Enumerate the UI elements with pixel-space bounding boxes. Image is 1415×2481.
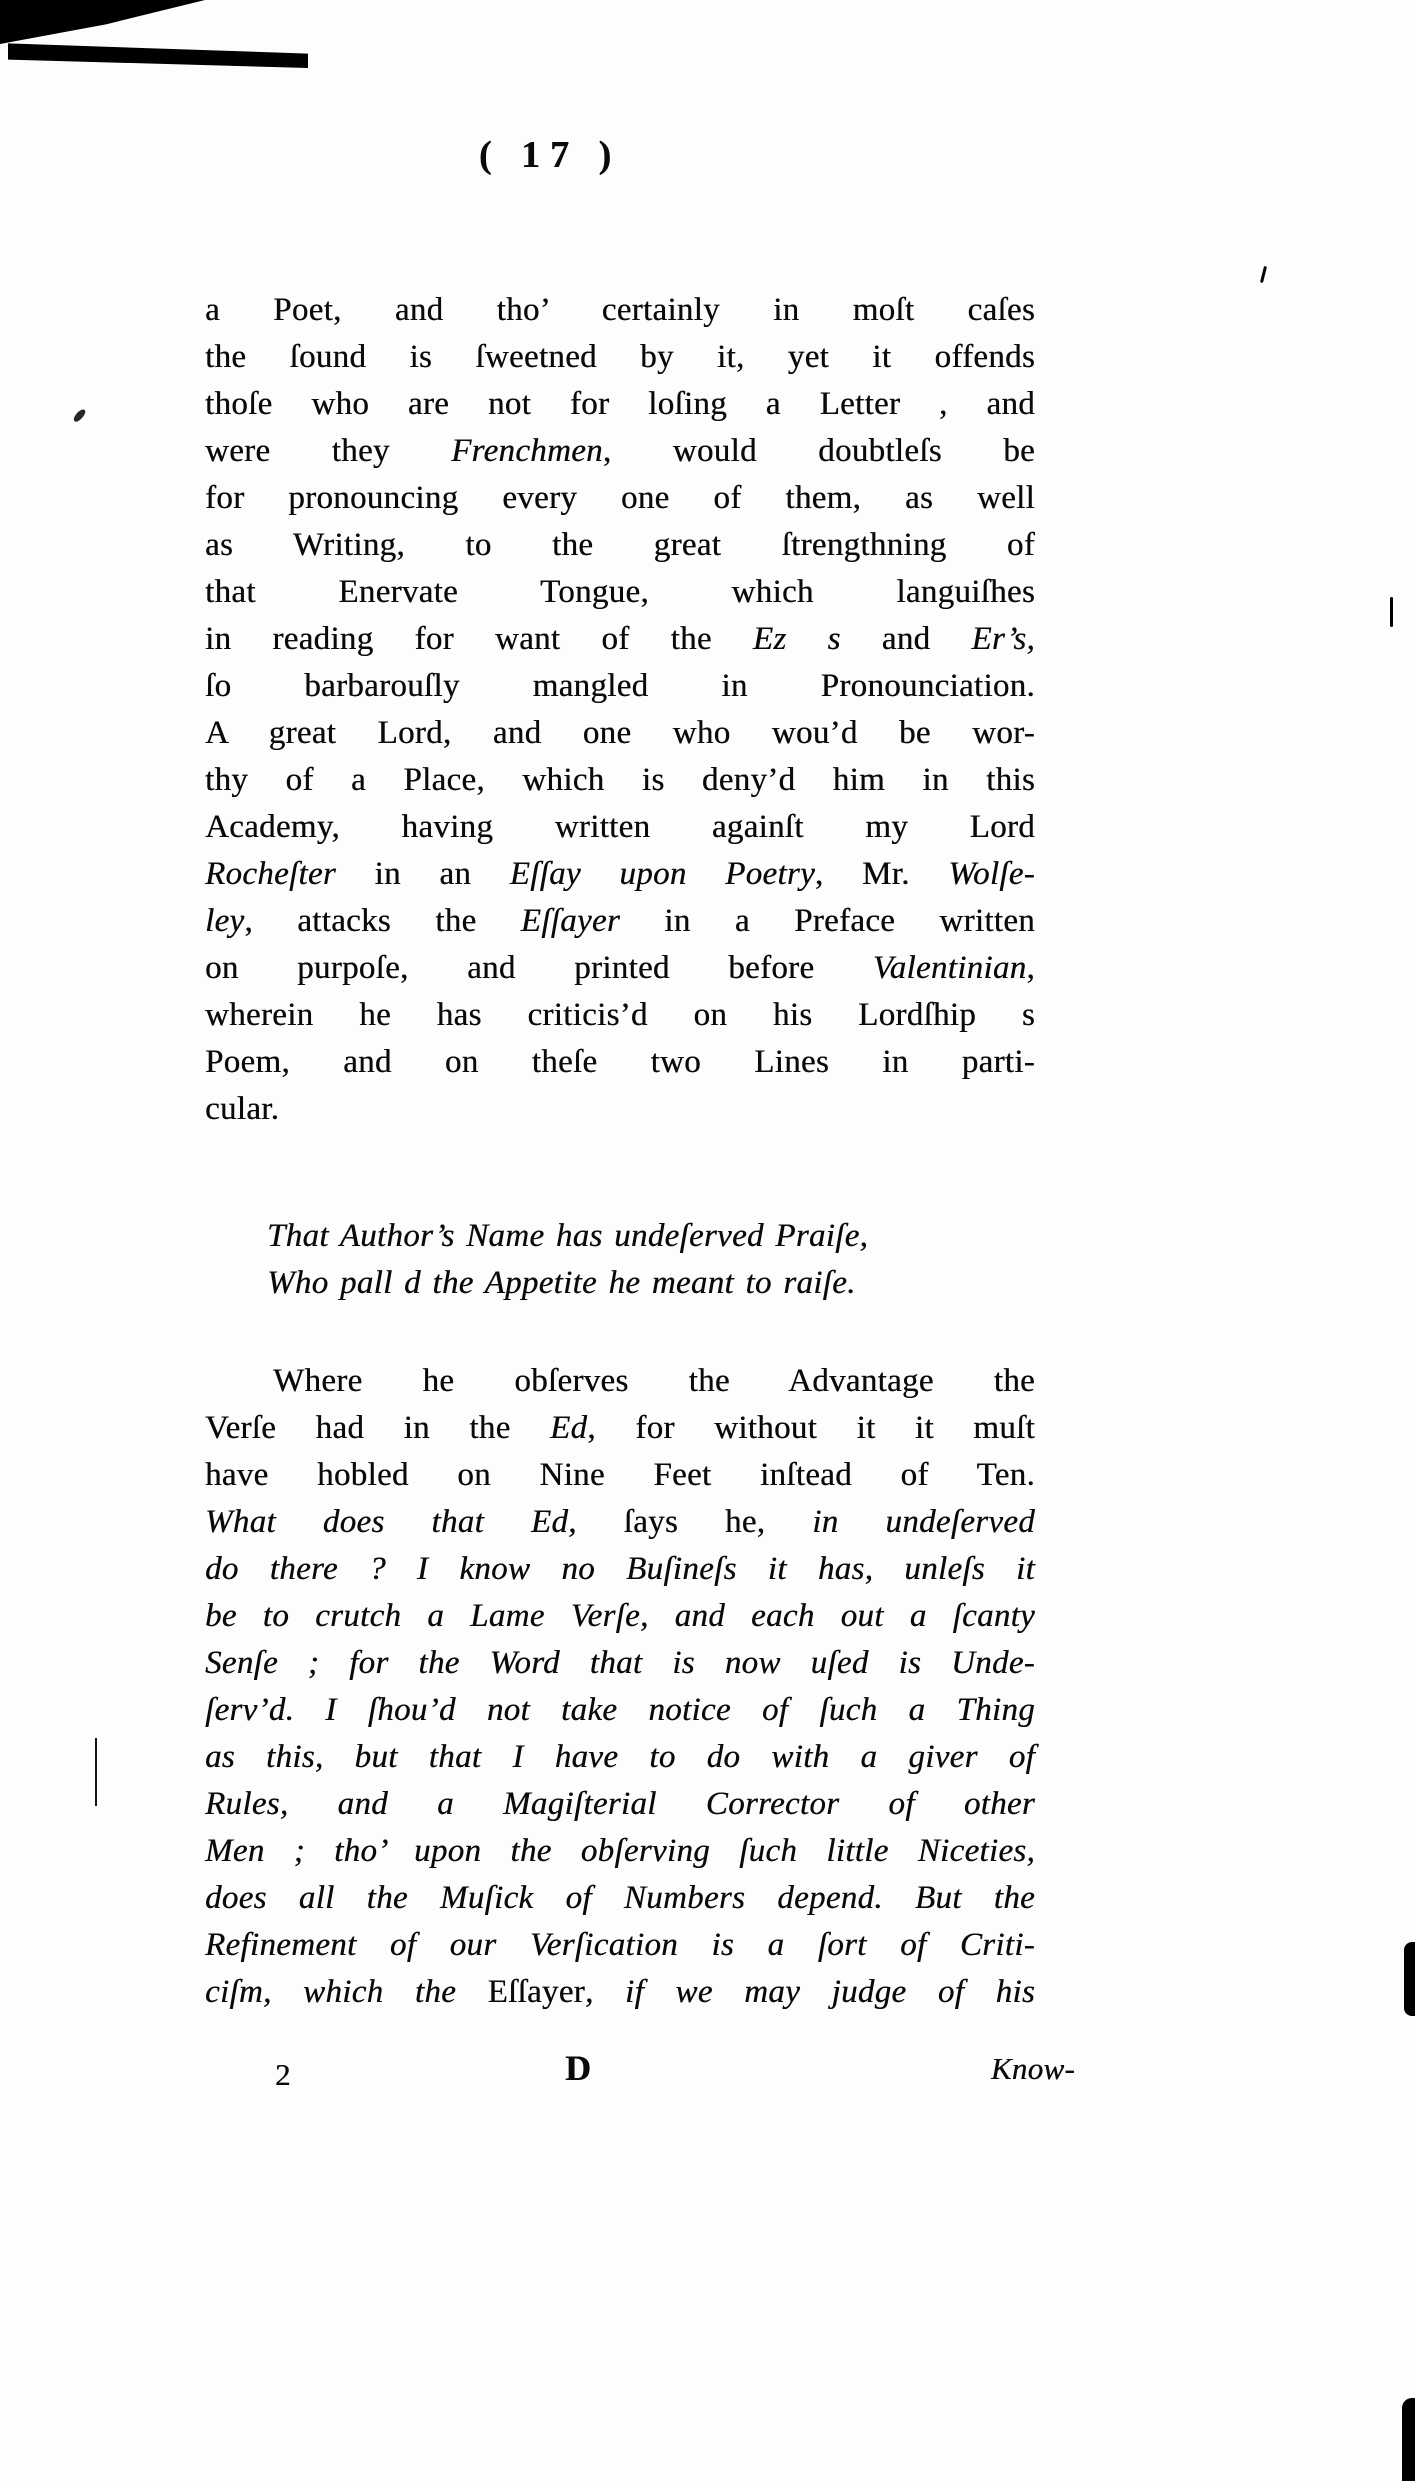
italic-text-segment: Rules, and a Magiſterial Corrector of ot… bbox=[205, 1786, 1035, 1822]
italic-text-segment: do there ? I know no Buſineſs it has, un… bbox=[205, 1551, 1035, 1587]
text-line: Verſe had in the Ed, for without it it m… bbox=[205, 1405, 1035, 1452]
text-line: as Writing, to the great ſtrengthning of bbox=[205, 522, 1035, 569]
text-segment: , bbox=[1026, 950, 1035, 986]
scan-artifact-top-streak bbox=[8, 38, 308, 68]
text-segment: , attacks the bbox=[244, 903, 520, 939]
text-line: be to crutch a Lame Verſe, and each out … bbox=[205, 1593, 1035, 1640]
catchword: Know- bbox=[991, 2045, 1075, 2092]
text-line: That Author’s Name has undeſerved Praiſe… bbox=[267, 1213, 1035, 1260]
scan-artifact-right-bar-upper bbox=[1404, 1942, 1415, 2016]
text-segment: Academy, having written againſt my Lord bbox=[205, 809, 1035, 845]
text-segment: Verſe had in the bbox=[205, 1410, 550, 1446]
text-segment: in reading for want of the bbox=[205, 621, 753, 657]
italic-text-segment: does all the Muſick of Numbers depend. B… bbox=[205, 1880, 1035, 1916]
text-line: does all the Muſick of Numbers depend. B… bbox=[205, 1875, 1035, 1922]
italic-text-segment: Frenchmen bbox=[451, 433, 603, 469]
italic-text-segment: That Author’s Name has undeſerved Praiſe… bbox=[267, 1218, 868, 1254]
text-segment: thy of a Place, which is deny’d him in t… bbox=[205, 762, 1035, 798]
verse-couplet: That Author’s Name has undeſerved Praiſe… bbox=[267, 1213, 1035, 1307]
scan-artifact-right-tick bbox=[1390, 597, 1393, 627]
text-segment: the ſound is ſweetned by it, yet it offe… bbox=[205, 339, 1035, 375]
text-segment: in a Preface written bbox=[620, 903, 1035, 939]
italic-text-segment: , if we may judge of his bbox=[585, 1974, 1035, 2010]
italic-text-segment: Refinement of our Verſication is a ſort … bbox=[205, 1927, 1035, 1963]
text-segment: cular. bbox=[205, 1091, 279, 1127]
text-line: Rocheſter in an Eſſay upon Poetry, Mr. W… bbox=[205, 851, 1035, 898]
text-column: a Poet, and tho’ certainly in moſt caſes… bbox=[205, 287, 1035, 2092]
text-segment: have hobled on Nine Feet inſtead of Ten. bbox=[205, 1457, 1035, 1493]
text-line: Senſe ; for the Word that is now uſed is… bbox=[205, 1640, 1035, 1687]
text-segment: ſo barbarouſly mangled in Pronounciation… bbox=[205, 668, 1035, 704]
text-line: Rules, and a Magiſterial Corrector of ot… bbox=[205, 1781, 1035, 1828]
paragraph-1: a Poet, and tho’ certainly in moſt caſes… bbox=[205, 287, 1035, 1133]
paragraph-2: Where he obſerves the Advantage theVerſe… bbox=[205, 1358, 1035, 2016]
scan-artifact-apostrophe-speck bbox=[1260, 266, 1267, 283]
italic-text-segment: Ez s bbox=[753, 621, 841, 657]
text-segment: in an bbox=[336, 856, 510, 892]
text-line: thoſe who are not for loſing a Letter , … bbox=[205, 381, 1035, 428]
italic-text-segment: What does that Ed, bbox=[205, 1504, 577, 1540]
text-segment: ſays he, bbox=[577, 1504, 812, 1540]
text-segment: as Writing, to the great ſtrengthning of bbox=[205, 527, 1035, 563]
italic-text-segment: ley bbox=[205, 903, 244, 939]
text-segment: Where he obſerves the Advantage the bbox=[273, 1363, 1035, 1399]
text-segment: for pronouncing every one of them, as we… bbox=[205, 480, 1035, 516]
text-line: thy of a Place, which is deny’d him in t… bbox=[205, 757, 1035, 804]
text-line: the ſound is ſweetned by it, yet it offe… bbox=[205, 334, 1035, 381]
book-page: ( 17 ) a Poet, and tho’ certainly in moſ… bbox=[0, 0, 1415, 2481]
text-segment: and bbox=[841, 621, 972, 657]
text-segment: Eſſayer bbox=[488, 1974, 585, 2010]
text-line: ley, attacks the Eſſayer in a Preface wr… bbox=[205, 898, 1035, 945]
italic-text-segment: Wolſe- bbox=[948, 856, 1035, 892]
text-line: have hobled on Nine Feet inſtead of Ten. bbox=[205, 1452, 1035, 1499]
italic-text-segment: Eſſayer bbox=[521, 903, 620, 939]
text-segment: A great Lord, and one who wou’d be wor- bbox=[205, 715, 1035, 751]
italic-text-segment: Er’s, bbox=[971, 621, 1035, 657]
italic-text-segment: Rocheſter bbox=[205, 856, 336, 892]
text-line: in reading for want of the Ez s and Er’s… bbox=[205, 616, 1035, 663]
text-line: cular. bbox=[205, 1086, 1035, 1133]
italic-text-segment: Valentinian bbox=[873, 950, 1027, 986]
text-line: that Enervate Tongue, which languiſhes bbox=[205, 569, 1035, 616]
italic-text-segment: Senſe ; for the Word that is now uſed is… bbox=[205, 1645, 1035, 1681]
text-segment: were they bbox=[205, 433, 451, 469]
italic-text-segment: as this, but that I have to do with a gi… bbox=[205, 1739, 1035, 1775]
text-line: A great Lord, and one who wou’d be wor- bbox=[205, 710, 1035, 757]
text-line: on purpoſe, and printed before Valentini… bbox=[205, 945, 1035, 992]
press-figure: 2 bbox=[275, 2051, 291, 2098]
text-segment: a Poet, and tho’ certainly in moſt caſes bbox=[205, 292, 1035, 328]
text-line: Poem, and on theſe two Lines in parti- bbox=[205, 1039, 1035, 1086]
text-segment: on purpoſe, and printed before bbox=[205, 950, 873, 986]
text-line: do there ? I know no Buſineſs it has, un… bbox=[205, 1546, 1035, 1593]
text-segment: wherein he has criticis’d on his Lordſhi… bbox=[205, 997, 1035, 1033]
text-line: Men ; tho’ upon the obſerving ſuch littl… bbox=[205, 1828, 1035, 1875]
text-line: Refinement of our Verſication is a ſort … bbox=[205, 1922, 1035, 1969]
signature-mark: D bbox=[565, 2045, 591, 2092]
text-segment: Poem, and on theſe two Lines in parti- bbox=[205, 1044, 1035, 1080]
text-line: for pronouncing every one of them, as we… bbox=[205, 475, 1035, 522]
text-segment: thoſe who are not for loſing a Letter , … bbox=[205, 386, 1035, 422]
scan-artifact-left-hairline bbox=[95, 1738, 97, 1806]
italic-text-segment: Men ; tho’ upon the obſerving ſuch littl… bbox=[205, 1833, 1035, 1869]
italic-text-segment: be to crutch a Lame Verſe, and each out … bbox=[205, 1598, 1035, 1634]
text-segment: , Mr. bbox=[815, 856, 948, 892]
scan-artifact-margin-speck bbox=[72, 407, 87, 423]
text-line: as this, but that I have to do with a gi… bbox=[205, 1734, 1035, 1781]
text-line: a Poet, and tho’ certainly in moſt caſes bbox=[205, 287, 1035, 334]
text-line: Where he obſerves the Advantage the bbox=[205, 1358, 1035, 1405]
text-line: wherein he has criticis’d on his Lordſhi… bbox=[205, 992, 1035, 1039]
text-segment: , would doubtleſs be bbox=[603, 433, 1035, 469]
italic-text-segment: in undeſerved bbox=[812, 1504, 1035, 1540]
page-number-header: ( 17 ) bbox=[205, 133, 895, 177]
italic-text-segment: Eſſay upon Poetry bbox=[510, 856, 815, 892]
text-line: were they Frenchmen, would doubtleſs be bbox=[205, 428, 1035, 475]
italic-text-segment: Who pall d the Appetite he meant to raiſ… bbox=[267, 1265, 856, 1301]
scan-artifact-right-bar-lower bbox=[1402, 2398, 1415, 2481]
text-segment: that Enervate Tongue, which languiſhes bbox=[205, 574, 1035, 610]
page-footer: 2 D Know- bbox=[205, 2045, 1035, 2092]
text-line: ſerv’d. I ſhou’d not take notice of ſuch… bbox=[205, 1687, 1035, 1734]
italic-text-segment: ſerv’d. I ſhou’d not take notice of ſuch… bbox=[205, 1692, 1035, 1728]
italic-text-segment: Ed bbox=[550, 1410, 587, 1446]
text-line: ciſm, which the Eſſayer, if we may judge… bbox=[205, 1969, 1035, 2016]
text-segment: , for without it it muſt bbox=[587, 1410, 1035, 1446]
italic-text-segment: ciſm, which the bbox=[205, 1974, 488, 2010]
text-line: Academy, having written againſt my Lord bbox=[205, 804, 1035, 851]
text-line: Who pall d the Appetite he meant to raiſ… bbox=[267, 1260, 1035, 1307]
scan-artifact-top-left-wedge bbox=[0, 0, 205, 44]
text-line: ſo barbarouſly mangled in Pronounciation… bbox=[205, 663, 1035, 710]
text-line: What does that Ed, ſays he, in undeſerve… bbox=[205, 1499, 1035, 1546]
